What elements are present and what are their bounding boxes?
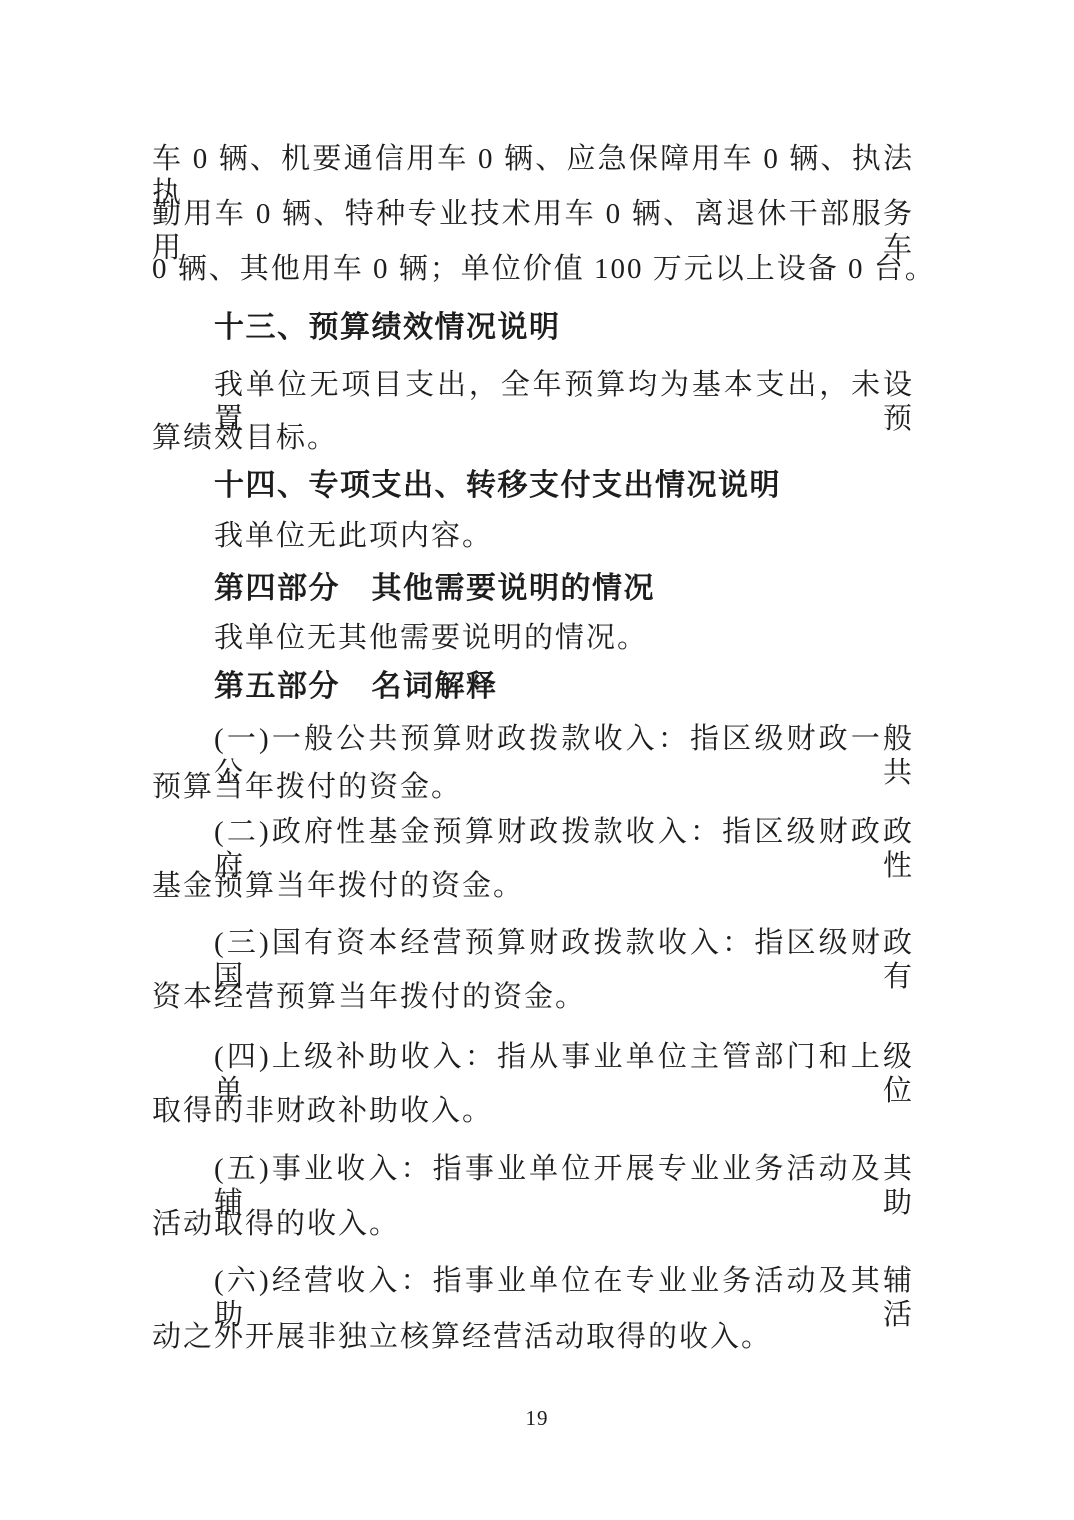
body-line: 资本经营预算当年拨付的资金。 xyxy=(152,980,914,1014)
part-4-heading: 第四部分 其他需要说明的情况 xyxy=(152,572,914,606)
section-heading-14: 十四、专项支出、转移支付支出情况说明 xyxy=(152,469,914,503)
body-line: 活动取得的收入。 xyxy=(152,1207,914,1241)
body-line: 基金预算当年拨付的资金。 xyxy=(152,869,914,903)
body-line: 我单位无其他需要说明的情况。 xyxy=(152,621,914,655)
body-line: 预算当年拨付的资金。 xyxy=(152,770,914,804)
page-number: 19 xyxy=(0,1406,1074,1431)
body-line: 算绩效目标。 xyxy=(152,421,914,455)
section-heading-13: 十三、预算绩效情况说明 xyxy=(152,311,914,345)
part-5-heading: 第五部分 名词解释 xyxy=(152,670,914,704)
body-line: 取得的非财政补助收入。 xyxy=(152,1094,914,1128)
document-page: 车 0 辆、机要通信用车 0 辆、应急保障用车 0 辆、执法执 勤用车 0 辆、… xyxy=(0,0,1074,1520)
body-line: 动之外开展非独立核算经营活动取得的收入。 xyxy=(152,1320,914,1354)
body-line: 0 辆、其他用车 0 辆；单位价值 100 万元以上设备 0 台。 xyxy=(152,252,914,286)
body-line: 我单位无此项内容。 xyxy=(152,519,914,553)
